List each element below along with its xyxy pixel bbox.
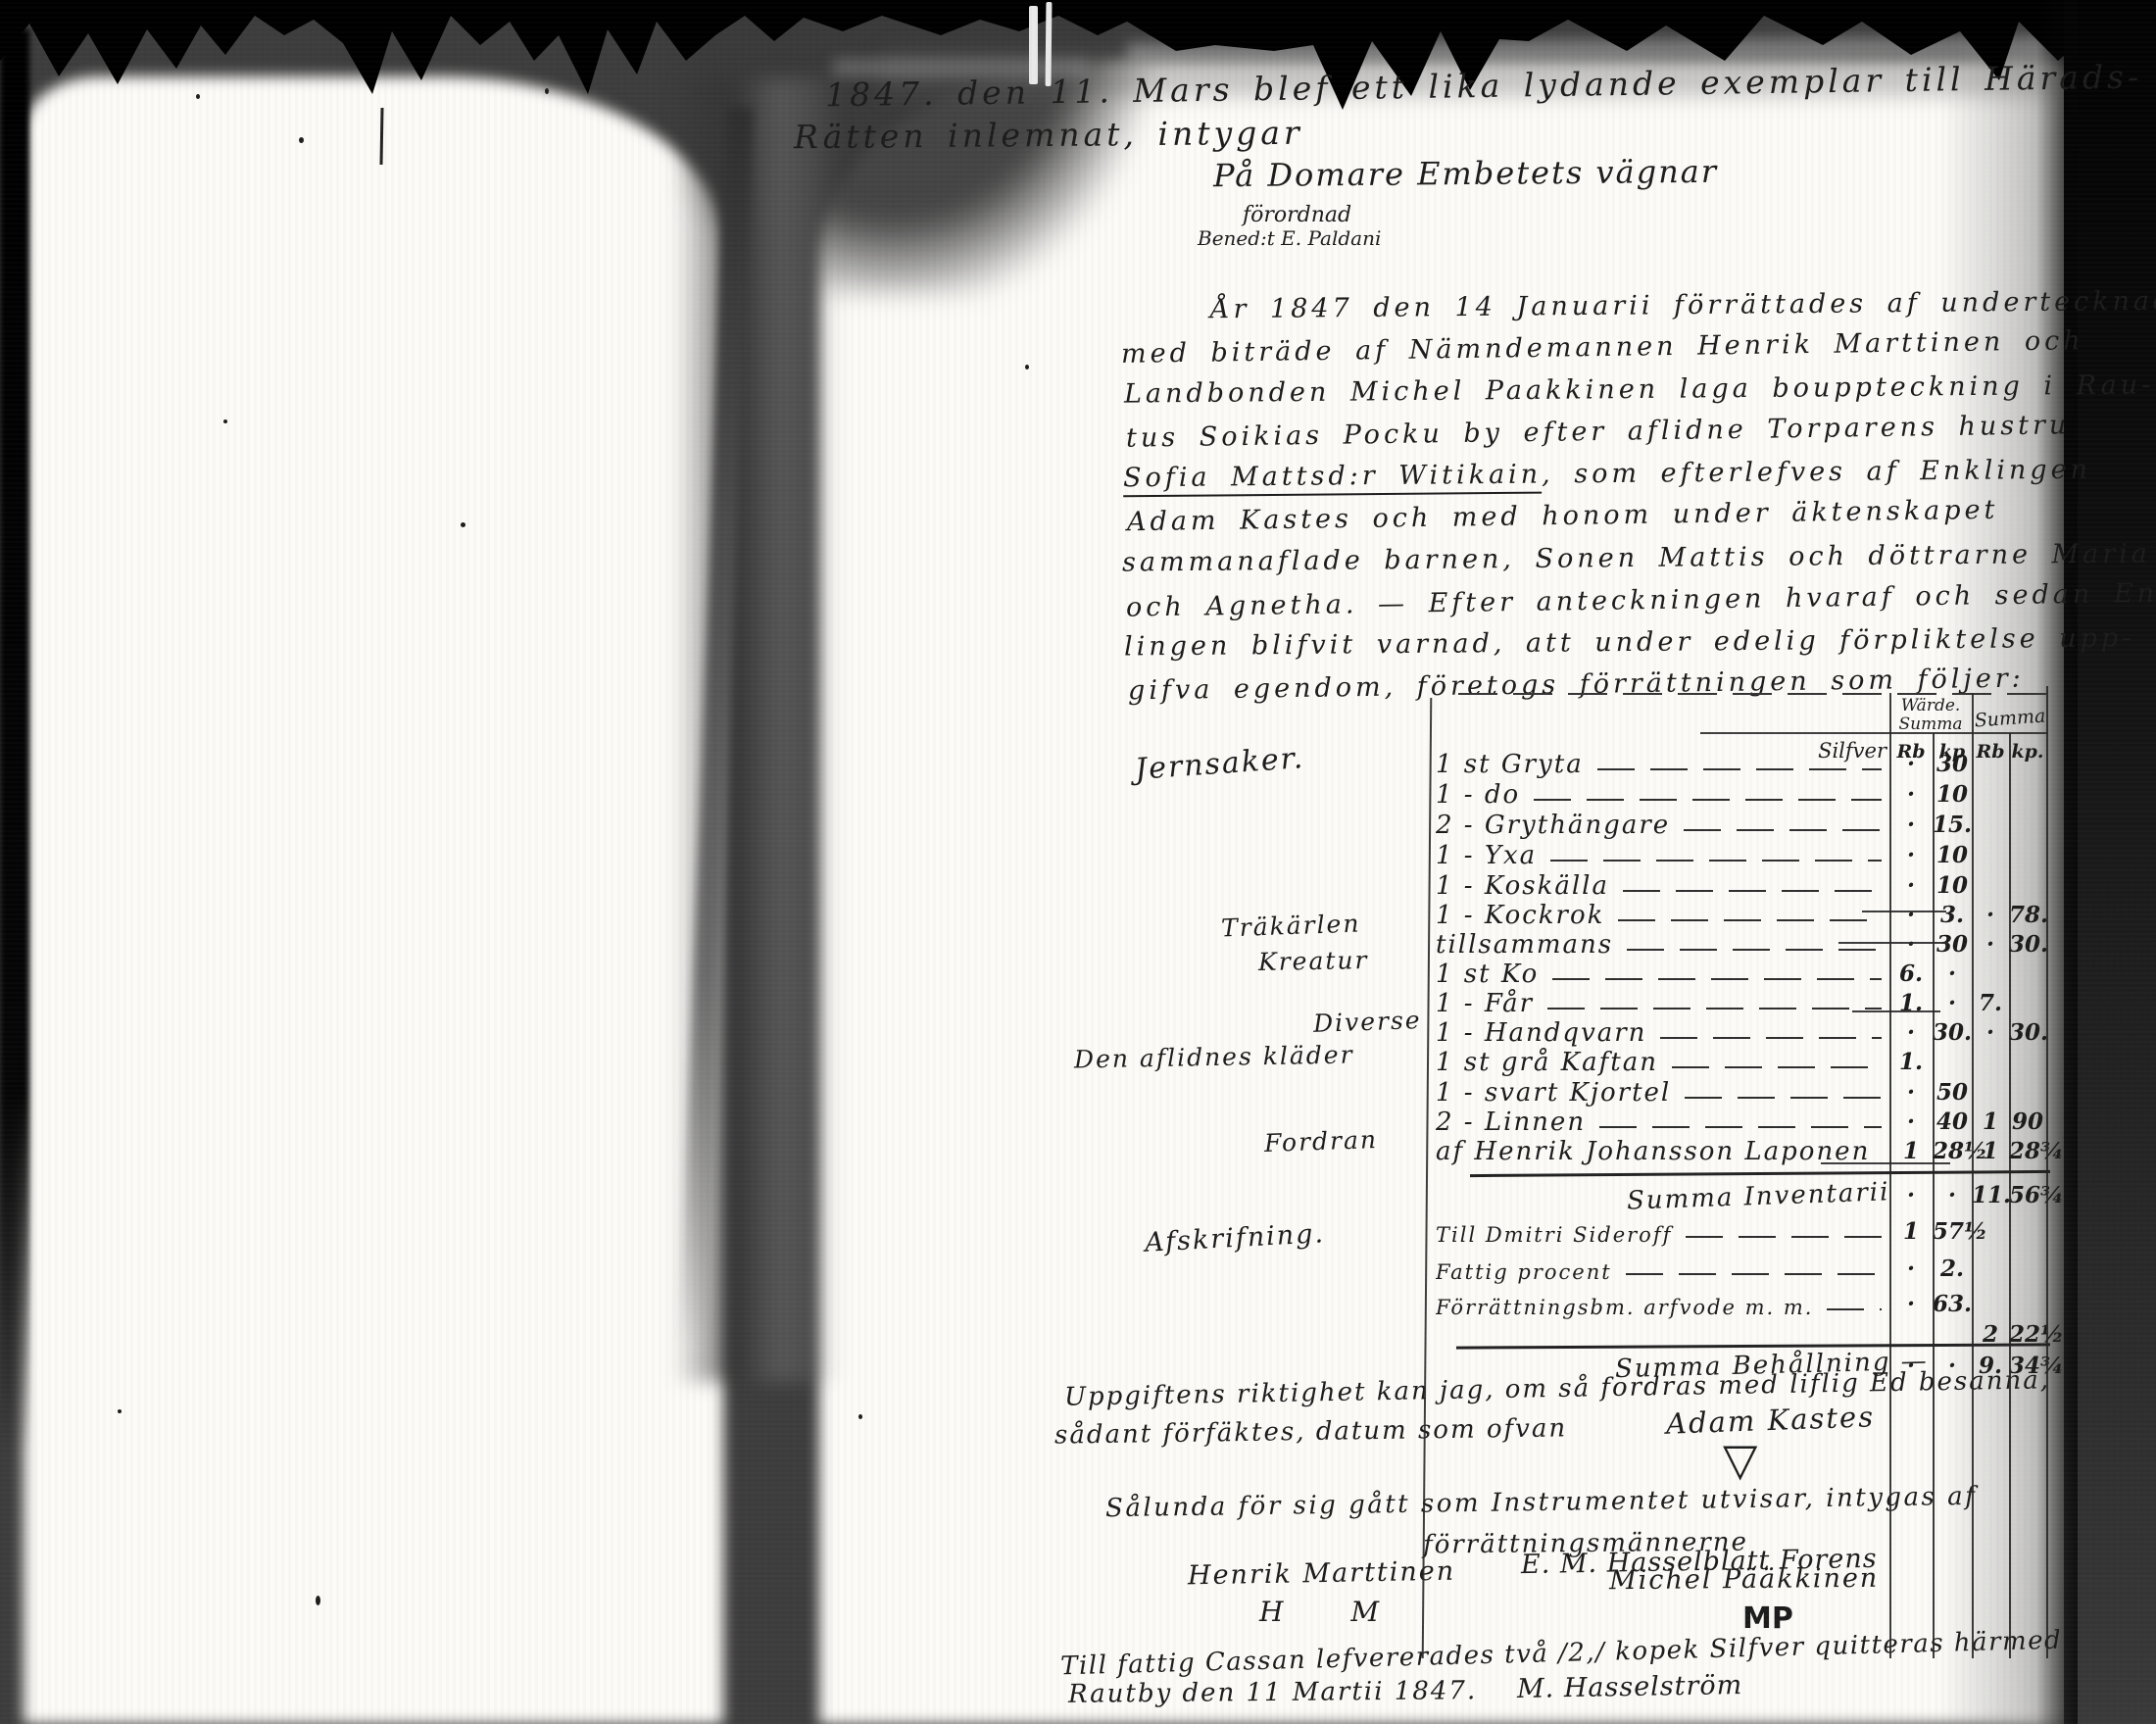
value-kp1: 50: [1933, 1079, 1972, 1108]
group-divider: [1852, 1010, 1940, 1012]
value-rb2: [1972, 1245, 2009, 1247]
preamble-line-7: sammanaflade barnen, Sonen Mattis och dö…: [1122, 538, 2151, 577]
table-row: 1 - Handqvarn·30.·30.: [1436, 1018, 2046, 1048]
ink-speck: [223, 419, 227, 423]
value-rb1: ·: [1889, 1019, 1933, 1048]
leader-line: [1686, 1236, 1882, 1238]
value-rb1: ·: [1889, 1291, 1933, 1319]
attestation-line-4: förordnad: [1243, 203, 1351, 227]
col-header-value-2: Summa: [1891, 714, 1970, 734]
summary-rule: [1470, 1170, 2050, 1177]
category-jernsaker: Jernsaker.: [1134, 741, 1305, 787]
category-klader: Den aflidnes kläder: [1074, 1041, 1354, 1074]
value-rb1: 6.: [1889, 961, 1933, 989]
value-kp2: [2009, 1075, 2046, 1077]
value-kp1: 3.: [1933, 902, 1972, 930]
value-kp2: [2009, 808, 2046, 810]
value-rb2: [1972, 1282, 2009, 1284]
preamble-line-8: och Agnetha. — Efter anteckningen hvaraf…: [1126, 577, 2156, 622]
table-row: tillsammans·30·30.: [1436, 930, 2046, 960]
table-rule-col2: [1933, 733, 1935, 1658]
handwritten-content: 1847. den 11. Mars blef ett lika lydande…: [0, 0, 2156, 1724]
table-row: 1 st Gryta·30: [1436, 750, 2046, 779]
value-rb1: ·: [1889, 1108, 1933, 1137]
table-rule-col4: [2009, 733, 2011, 1658]
value-kp1: 15.: [1933, 812, 1972, 840]
value-kp1: ·: [1933, 961, 1972, 989]
value-kp2: [2009, 1245, 2046, 1247]
value-rb1: 1.: [1889, 1049, 1933, 1077]
value-rb2: [1972, 1317, 2009, 1319]
leader-line: [1627, 949, 1882, 951]
item-label: 2 - Grythängare: [1436, 811, 1670, 840]
leader-line: [1672, 1066, 1882, 1068]
value-rb1: ·: [1889, 1182, 1933, 1210]
leader-line: [1550, 860, 1882, 862]
value-kp2: 78.: [2009, 902, 2046, 930]
value-rb1: 1: [1889, 1218, 1933, 1247]
value-rb1: ·: [1889, 842, 1933, 870]
witness1-initials-mark: H M: [1259, 1596, 1408, 1628]
value-rb2: 1: [1972, 1108, 2009, 1137]
preamble-line-6: Adam Kastes och med honom under äktenska…: [1127, 495, 1999, 537]
witness2-signature: Michel Pääkkinen: [1609, 1563, 1880, 1596]
witness1-signature: Henrik Marttinen: [1188, 1556, 1456, 1592]
ink-speck: [1025, 365, 1029, 369]
leader-line: [1660, 1037, 1882, 1039]
col-header-summa: Summa: [1971, 705, 2048, 731]
widower-house-mark: ▽: [1723, 1433, 1757, 1486]
item-label: 1 - do: [1436, 780, 1520, 810]
value-kp2: 30.: [2009, 1019, 2046, 1048]
value-kp2: 56¾: [2009, 1182, 2046, 1210]
item-label: tillsammans: [1436, 930, 1613, 960]
attestation-line-3: På Domare Embetets vägnar: [1213, 153, 1718, 194]
ink-speck: [118, 1409, 122, 1413]
table-row: 1 - Koskälla·10: [1436, 871, 2046, 901]
item-label: Förrättningsbm. arfvode m. m.: [1436, 1296, 1813, 1319]
item-label: 1 - Handqvarn: [1436, 1018, 1646, 1048]
item-label: 1 - Kockrok: [1436, 901, 1604, 930]
value-rb2: [1972, 838, 2009, 840]
preamble-line-9: lingen blifvit varnad, att under edelig …: [1124, 623, 2135, 663]
table-row: 1 st Ko6.·: [1436, 960, 2046, 989]
table-rule-col3: [1972, 693, 1974, 1658]
value-rb1: ·: [1889, 781, 1933, 810]
leader-line: [1685, 1097, 1882, 1099]
value-kp1: ·: [1933, 1182, 1972, 1210]
value-kp1: 30: [1933, 931, 1972, 960]
col-header-value-1: Wärde.: [1891, 696, 1970, 715]
ink-speck: [461, 522, 465, 527]
ink-stroke: [379, 108, 383, 165]
leader-line: [1626, 1273, 1882, 1275]
item-label: 1 - Yxa: [1436, 841, 1537, 870]
value-rb1: ·: [1889, 1256, 1933, 1284]
value-rb1: ·: [1889, 751, 1933, 779]
value-kp1: 57½: [1933, 1218, 1972, 1247]
value-kp1: 10: [1933, 872, 1972, 901]
table-row: 1 - do·10: [1436, 780, 2046, 810]
widower-signature: Adam Kastes: [1665, 1400, 1875, 1440]
table-row: 1 - Får1.·7.: [1436, 989, 2046, 1018]
value-kp2: [2009, 1317, 2046, 1319]
preamble-line-5-rest: , som efterlefves af Enklingen: [1542, 455, 2091, 490]
item-label: 1 - Får: [1436, 989, 1534, 1018]
value-rb2: [1972, 1075, 2009, 1077]
table-header-rule: [1700, 732, 2048, 734]
witness2-initials-mark: MP: [1742, 1601, 1793, 1636]
ink-speck: [545, 88, 549, 94]
leader-line: [1827, 1308, 1882, 1310]
value-kp2: 90: [2009, 1108, 2046, 1137]
archival-scan: 1847. den 11. Mars blef ett lika lydande…: [0, 0, 2156, 1724]
value-kp1: 30: [1933, 751, 1972, 779]
item-label: 1 st Ko: [1436, 960, 1539, 989]
value-kp2: [2009, 777, 2046, 779]
item-label: 1 - svart Kjortel: [1436, 1078, 1671, 1108]
ink-speck: [316, 1596, 320, 1605]
deduction-row: Förrättningsbm. arfvode m. m.·63.: [1436, 1291, 2046, 1319]
table-row: af Henrik Johansson Laponen128½128¾: [1436, 1137, 2046, 1166]
leader-line: [1684, 829, 1882, 831]
closing-line-6: Rautby den 11 Martii 1847.: [1068, 1676, 1477, 1709]
attestation-signature: Bened:t E. Paldani: [1198, 226, 1381, 250]
category-trakarlen: Träkärlen: [1221, 910, 1361, 943]
leader-line: [1618, 919, 1882, 921]
item-label: af Henrik Johansson Laponen: [1436, 1137, 1870, 1166]
ink-speck: [196, 94, 200, 99]
item-label: Fattig procent: [1436, 1260, 1612, 1284]
value-rb2: [1972, 808, 2009, 810]
item-label: Till Dmitri Sideroff: [1436, 1223, 1672, 1247]
group-divider: [1862, 911, 1946, 912]
attestation-line-2: Rätten inlemnat, intygar: [794, 114, 1303, 157]
table-row: 1 - svart Kjortel·50: [1436, 1078, 2046, 1108]
value-kp1: 40: [1933, 1108, 1972, 1137]
preamble-line-1: År 1847 den 14 Januarii förrättades af u…: [1210, 286, 2156, 325]
value-rb2: [1972, 777, 2009, 779]
leader-line: [1623, 890, 1882, 892]
preamble-line-2: med biträde af Nämndemannen Henrik Martt…: [1121, 325, 2084, 369]
table-row: 1 - Kockrok·3.·78.: [1436, 901, 2046, 930]
value-kp1: 63.: [1933, 1291, 1972, 1319]
value-rb1: ·: [1889, 812, 1933, 840]
value-rb2: ·: [1972, 931, 2009, 960]
item-label: 1 st Gryta: [1436, 750, 1584, 779]
preamble-line-4: tus Soikias Pocku by efter aflidne Torpa…: [1126, 410, 2071, 453]
deduction-row: Till Dmitri Sideroff157½: [1436, 1218, 2046, 1247]
value-rb1: ·: [1889, 1079, 1933, 1108]
clerk-signature: M. Hasselström: [1517, 1670, 1743, 1704]
item-label: 1 st grå Kaftan: [1436, 1048, 1658, 1077]
category-kreatur: Kreatur: [1258, 946, 1369, 976]
value-kp1: [1933, 1348, 1972, 1350]
value-kp2: 28¾: [2009, 1138, 2046, 1166]
table-top-rule: [1458, 693, 2046, 695]
value-kp2: [2009, 868, 2046, 870]
value-kp2: [2009, 838, 2046, 840]
ink-speck: [858, 1414, 862, 1419]
value-kp1: 30.: [1933, 1019, 1972, 1048]
value-kp2: 30.: [2009, 931, 2046, 960]
leader-line: [1597, 768, 1882, 770]
value-kp1: 10: [1933, 842, 1972, 870]
value-rb2: ·: [1972, 1019, 2009, 1048]
leader-line: [1547, 1008, 1882, 1010]
value-rb1: ·: [1889, 872, 1933, 901]
deceased-name-underlined: Sofia Mattsd:r Witikain: [1123, 460, 1542, 498]
closing-line-2: sådant förfäktes, datum som ofvan: [1054, 1413, 1567, 1450]
value-kp1: 2.: [1933, 1256, 1972, 1284]
value-kp1: [1933, 1075, 1972, 1077]
value-rb2: ·: [1972, 902, 2009, 930]
category-afskrifning: Afskrifning.: [1144, 1218, 1325, 1258]
category-fordran: Fordran: [1264, 1125, 1379, 1158]
attestation-line-1: 1847. den 11. Mars blef ett lika lydande…: [825, 58, 2143, 115]
closing-line-3: Sålunda för sig gått som Instrumentet ut…: [1105, 1482, 1978, 1523]
group-divider: [1838, 942, 1948, 944]
value-rb1: ·: [1889, 902, 1933, 930]
value-rb2: 1: [1972, 1138, 2009, 1166]
table-row: 1 - Yxa·10: [1436, 841, 2046, 870]
value-kp1: ·: [1933, 990, 1972, 1018]
item-label: 1 - Koskälla: [1436, 871, 1609, 901]
category-diverse: Diverse: [1313, 1006, 1422, 1038]
value-rb1: ·: [1889, 931, 1933, 960]
ink-speck: [299, 137, 304, 143]
leader-line: [1599, 1126, 1882, 1128]
preamble-line-5: Sofia Mattsd:r Witikain, som efterlefves…: [1123, 455, 2091, 494]
value-rb2: 11.: [1972, 1182, 2009, 1210]
group-divider: [1821, 1162, 1950, 1164]
table-row: 1 st grå Kaftan1.: [1436, 1048, 2046, 1077]
summa-inventarii-row: ··11.56¾: [1436, 1182, 2046, 1210]
value-kp1: 10: [1933, 781, 1972, 810]
preamble-line-3: Landbonden Michel Paakkinen laga bouppte…: [1124, 369, 2154, 409]
leader-line: [1552, 978, 1882, 980]
table-row: 2 - Grythängare·15.: [1436, 811, 2046, 840]
value-rb2: 7.: [1972, 990, 2009, 1018]
value-kp2: [2009, 1282, 2046, 1284]
table-row: 2 - Linnen·40190: [1436, 1108, 2046, 1137]
value-rb1: 1.: [1889, 990, 1933, 1018]
item-label: 2 - Linnen: [1436, 1108, 1586, 1137]
table-rule-col1: [1889, 693, 1891, 1658]
deduction-row: Fattig procent·2.: [1436, 1256, 2046, 1284]
value-rb2: [1972, 868, 2009, 870]
leader-line: [1534, 799, 1882, 801]
